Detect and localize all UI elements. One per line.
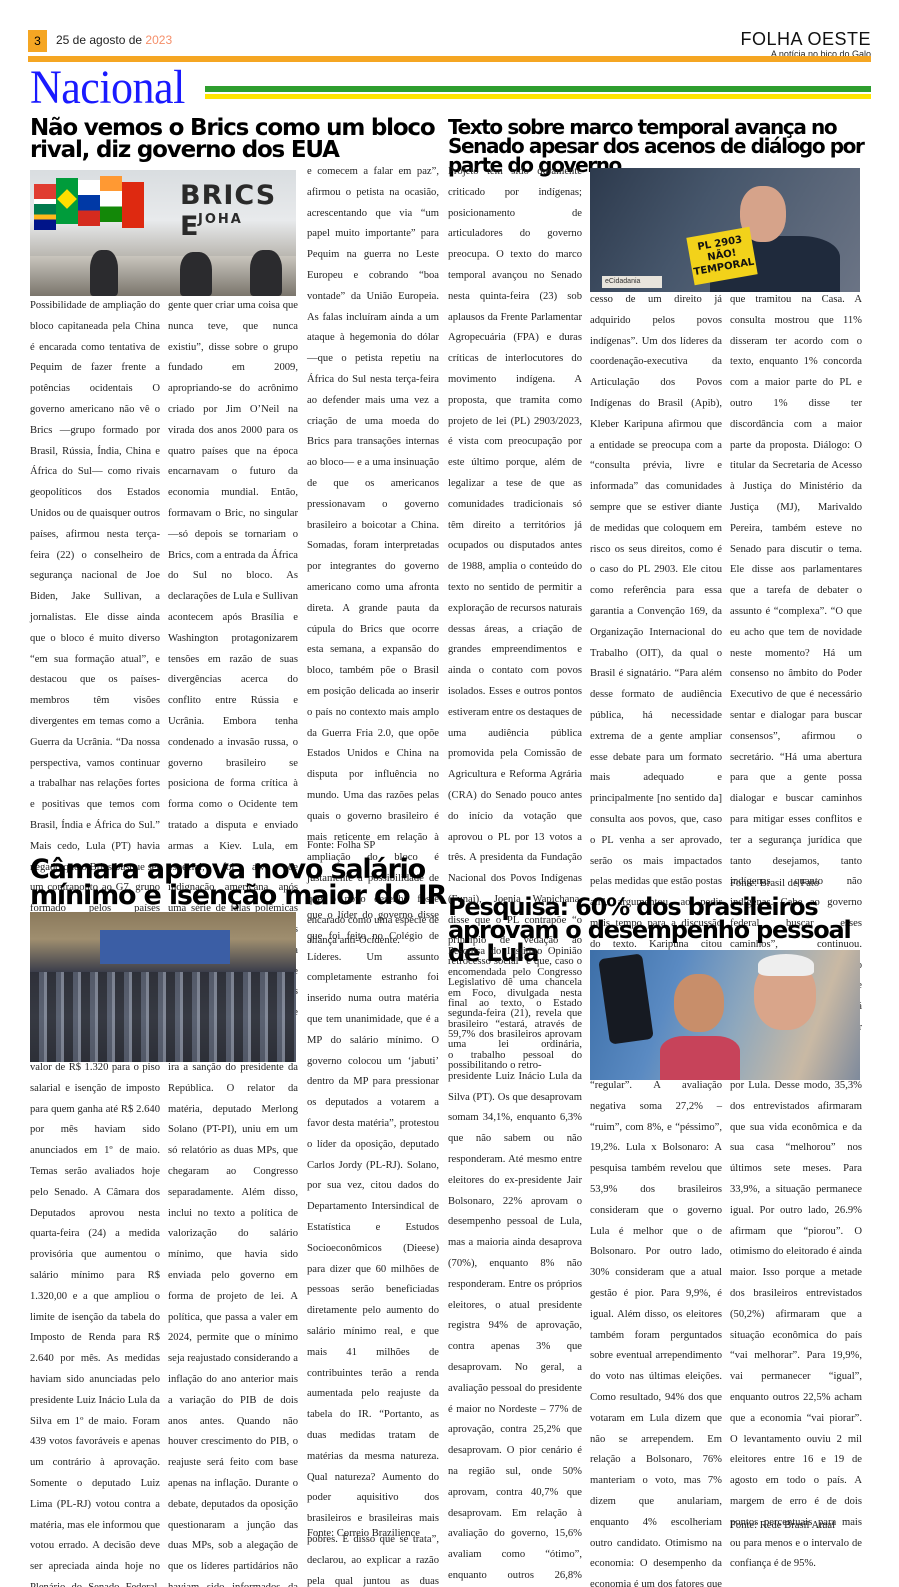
article-column: “regular”. A avaliação negativa soma 27,… <box>590 1076 722 1556</box>
flags-image <box>34 176 144 246</box>
section-rule-yellow <box>205 94 871 99</box>
article-photo-camara <box>30 912 296 1062</box>
person-figure <box>660 1036 740 1080</box>
person-hair <box>758 954 814 976</box>
person-figure <box>180 252 212 296</box>
article-photo-senado: PL 2903 NÃO! TEMPORAL eCidadania <box>590 168 860 292</box>
person-figure <box>90 250 118 296</box>
article-column: que tramitou na Casa. A consulta mostrou… <box>730 290 862 880</box>
article-source: Fonte: Brasil de Fato <box>730 874 862 895</box>
article-headline-brics: Não vemos o Brics como um bloco rival, d… <box>30 118 450 162</box>
date-text: 25 de agosto de <box>56 33 145 47</box>
masthead: FOLHA OESTE A notícia no bico do Galo <box>740 30 871 59</box>
page-number: 3 <box>28 30 47 52</box>
brand-name: FOLHA OESTE <box>740 30 871 48</box>
desk-tag: eCidadania <box>602 276 662 288</box>
article-column: valor de R$ 1.320 para o piso salarial e… <box>30 1058 160 1558</box>
article-column: gente quer criar uma coisa que nunca tev… <box>168 296 298 856</box>
person-figure <box>250 250 282 296</box>
phone-image <box>598 953 654 1044</box>
article-column: Pesquisa do Instituto Opinião encomendad… <box>448 942 582 1542</box>
edition-date: 25 de agosto de 2023 <box>56 33 172 47</box>
date-year: 2023 <box>145 33 172 47</box>
article-photo-brics: BRICS E JOHA <box>30 170 296 296</box>
article-source: Fonte: Rede Brasil Atual <box>730 1516 862 1537</box>
article-photo-lula <box>590 950 860 1080</box>
section-rule-green <box>205 86 871 92</box>
article-column: Possibilidade de ampliação do bloco capi… <box>30 296 160 856</box>
article-column: por Lula. Desse modo, 35,3% dos entrevis… <box>730 1076 862 1516</box>
article-column: Projeto tem sido duramente criticado por… <box>448 162 582 892</box>
plenary-rows <box>30 972 296 1062</box>
article-column: ira a sanção do presidente da República.… <box>168 1058 298 1558</box>
article-headline-salario-minimo: Câmara aprova novo salário mínimo e isen… <box>30 857 450 908</box>
summit-banner-sub: JOHA <box>198 212 243 227</box>
plenary-panel <box>100 930 230 964</box>
article-column: e comecem a falar em paz”, afirmou o pet… <box>307 162 439 836</box>
article-column: cesso de um direito já adquirido pelos p… <box>590 290 722 890</box>
article-column: que o líder do governo disse que foi fei… <box>307 906 439 1528</box>
section-title: Nacional <box>30 64 185 112</box>
article-source: Fonte: Correio Brazilience <box>307 1524 439 1545</box>
summit-banner: BRICS E <box>180 180 296 242</box>
person-face <box>674 974 724 1032</box>
